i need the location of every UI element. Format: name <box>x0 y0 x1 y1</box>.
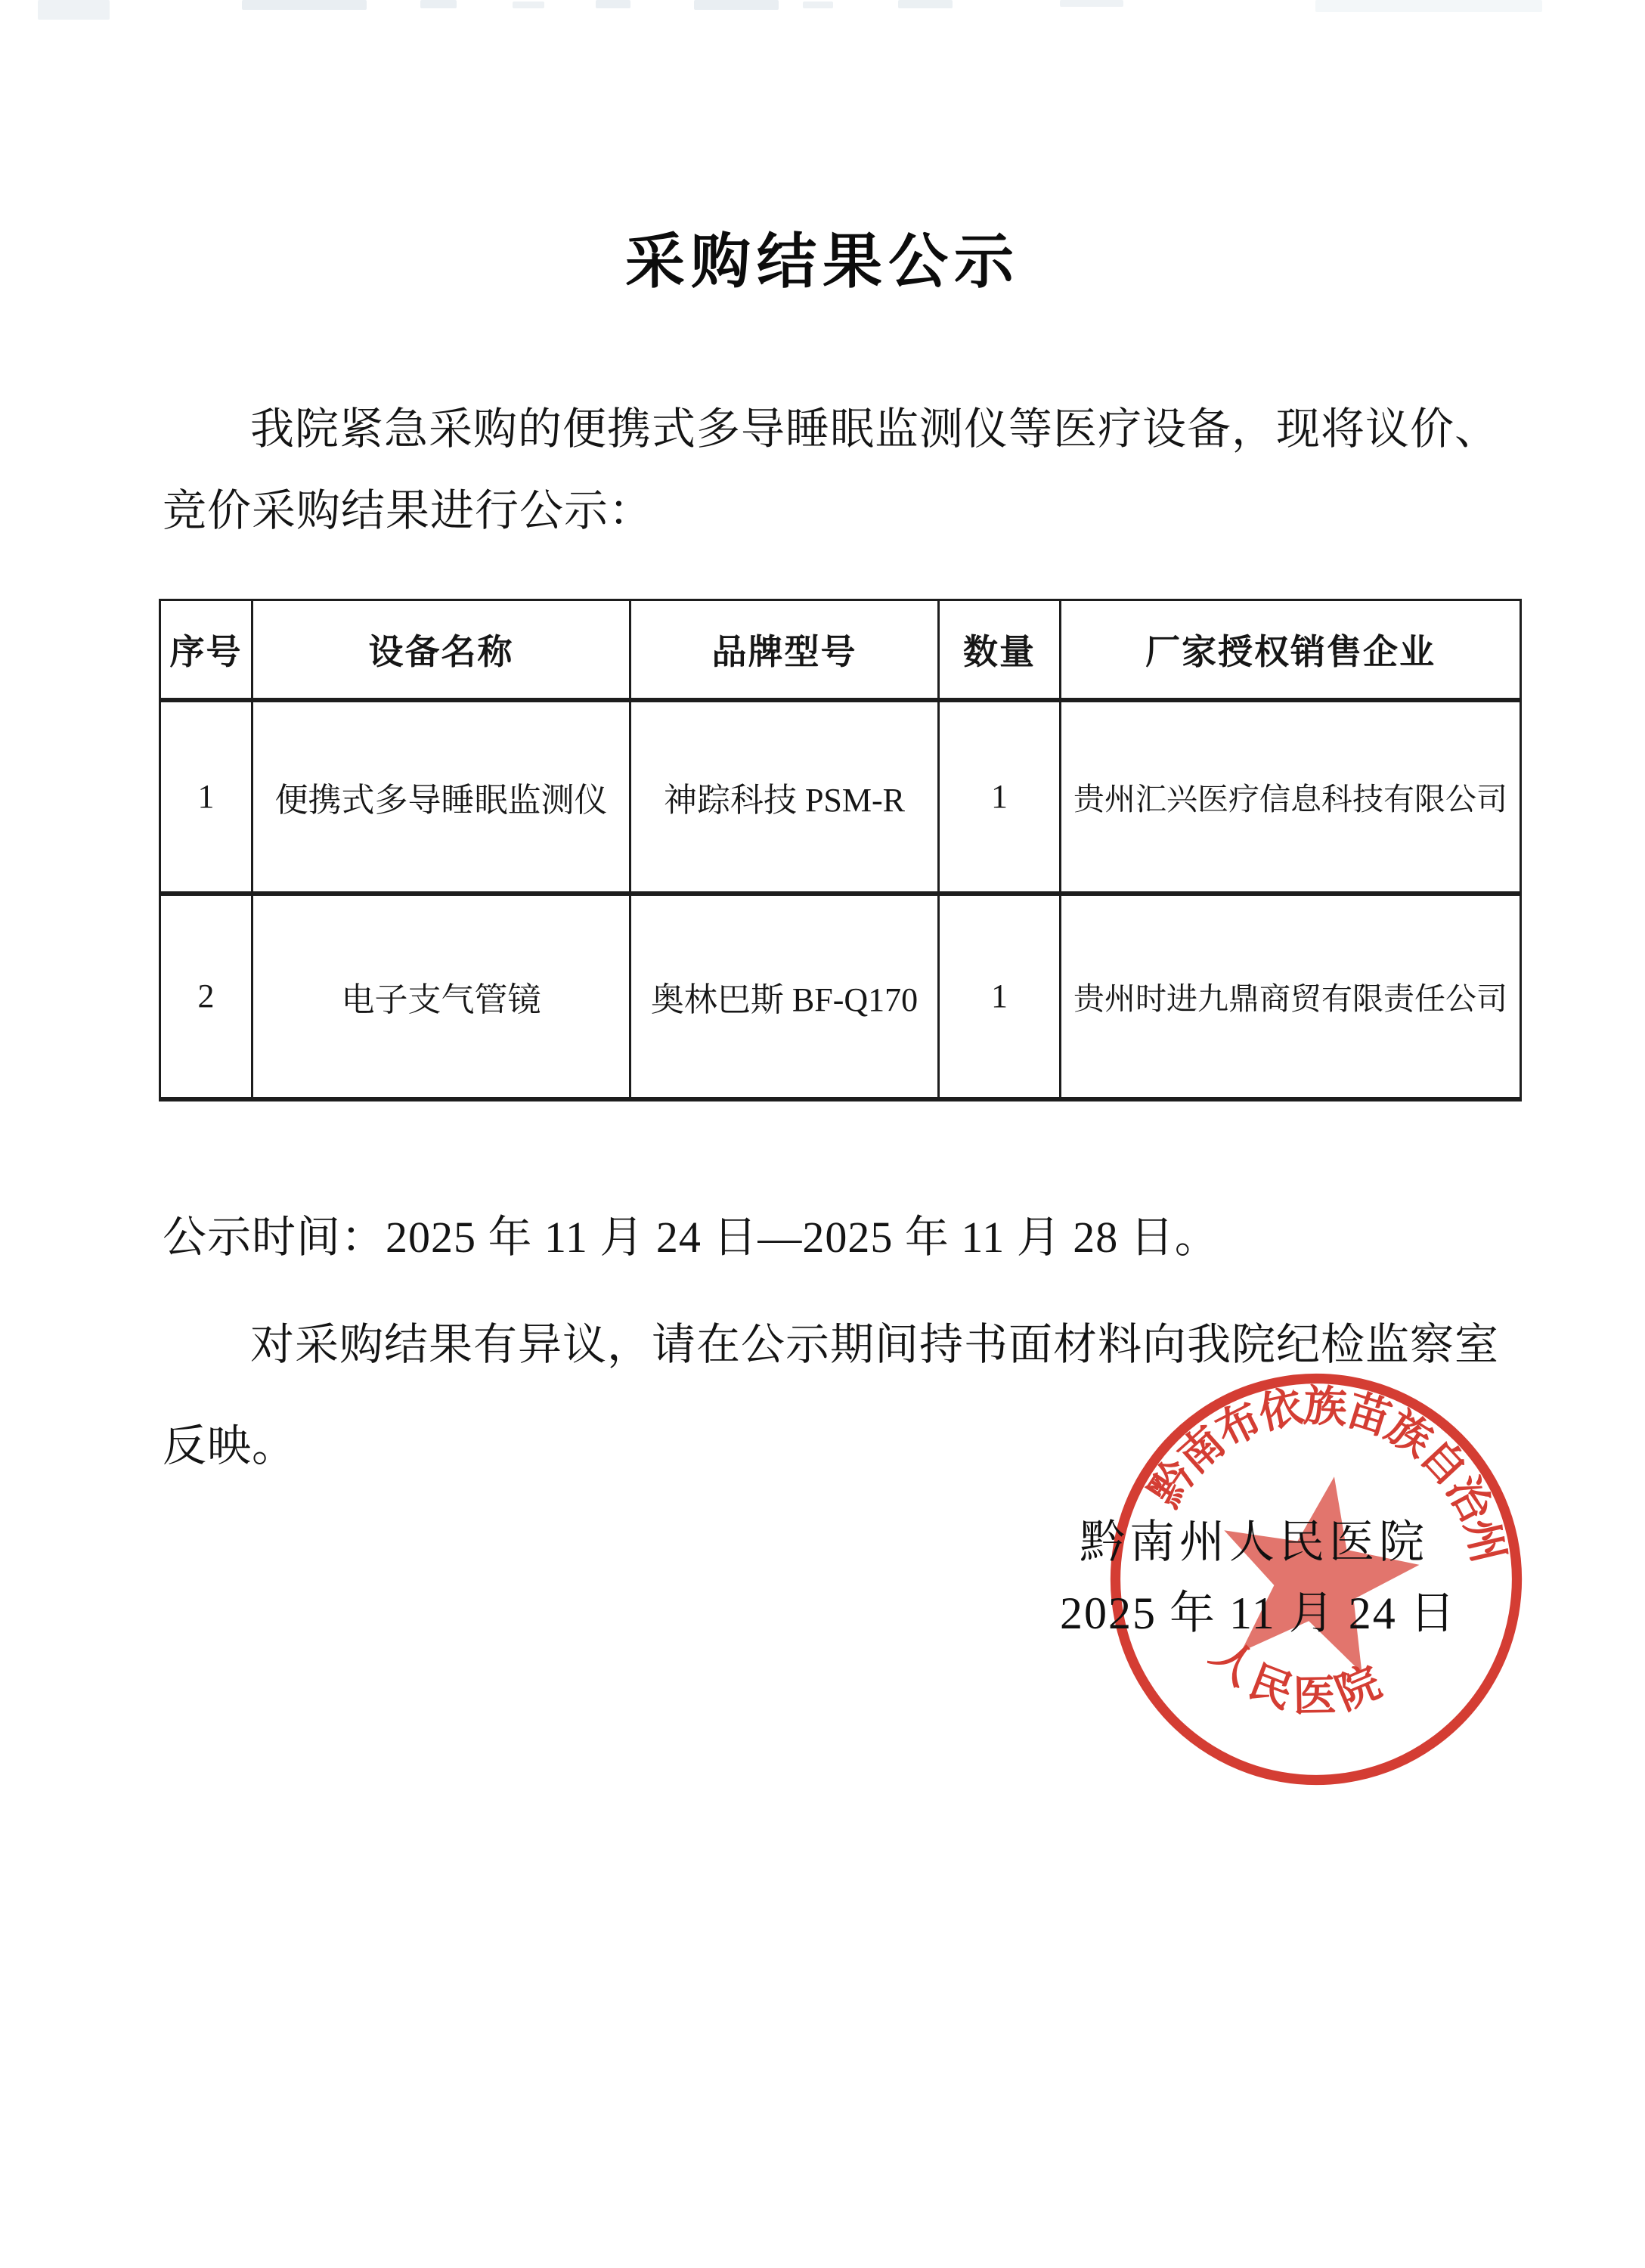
table-row: 1 便携式多导睡眠监测仪 神踪科技 PSM-R 1 贵州汇兴医疗信息科技有限公司 <box>160 700 1521 894</box>
cell-model: 神踪科技 PSM-R <box>630 700 939 894</box>
cell-qty: 1 <box>939 700 1061 894</box>
signature-org: 黔南州人民医院 <box>1080 1506 1429 1571</box>
cell-vendor: 贵州时进九鼎商贸有限责任公司 <box>1061 894 1521 1099</box>
col-header-no: 序号 <box>160 600 252 700</box>
cell-vendor: 贵州汇兴医疗信息科技有限公司 <box>1061 700 1521 894</box>
col-header-vendor: 厂家授权销售企业 <box>1061 600 1521 700</box>
noise-fragment <box>596 0 630 8</box>
noise-fragment <box>898 0 953 8</box>
cell-model: 奥林巴斯 BF-Q170 <box>630 894 939 1099</box>
seal-bottom-text: 人民医院 <box>1195 1626 1402 1737</box>
table-header-row: 序号 设备名称 品牌型号 数量 厂家授权销售企业 <box>160 600 1521 700</box>
noise-fragment <box>1315 0 1542 12</box>
col-header-qty: 数量 <box>939 600 1061 700</box>
table-row: 2 电子支气管镜 奥林巴斯 BF-Q170 1 贵州时进九鼎商贸有限责任公司 <box>160 894 1521 1099</box>
noise-fragment <box>803 2 833 8</box>
noise-fragment <box>513 2 544 8</box>
notice-period-line: 公示时间：2025 年 11 月 24 日—2025 年 11 月 28 日。 <box>163 1204 1599 1272</box>
signature-date: 2025 年 11 月 24 日 <box>1060 1577 1457 1642</box>
cell-device: 便携式多导睡眠监测仪 <box>252 700 630 894</box>
noise-fragment <box>420 0 457 8</box>
noise-fragment <box>694 0 779 10</box>
col-header-device: 设备名称 <box>252 600 630 700</box>
noise-fragment <box>1060 0 1123 7</box>
cell-no: 1 <box>160 700 252 894</box>
col-header-model: 品牌型号 <box>630 600 939 700</box>
cell-no: 2 <box>160 894 252 1099</box>
noise-fragment <box>38 0 110 20</box>
intro-paragraph: 我院紧急采购的便携式多导睡眠监测仪等医疗设备，现将议价、竞价采购结果进行公示： <box>163 389 1516 552</box>
cell-qty: 1 <box>939 894 1061 1099</box>
document-title: 采购结果公示 <box>0 213 1645 299</box>
cell-device: 电子支气管镜 <box>252 894 630 1099</box>
document-page: 采购结果公示 我院紧急采购的便携式多导睡眠监测仪等医疗设备，现将议价、竞价采购结… <box>0 0 1645 2268</box>
procurement-result-table: 序号 设备名称 品牌型号 数量 厂家授权销售企业 1 便携式多导睡眠监测仪 神踪… <box>159 599 1522 1101</box>
noise-fragment <box>242 0 367 10</box>
